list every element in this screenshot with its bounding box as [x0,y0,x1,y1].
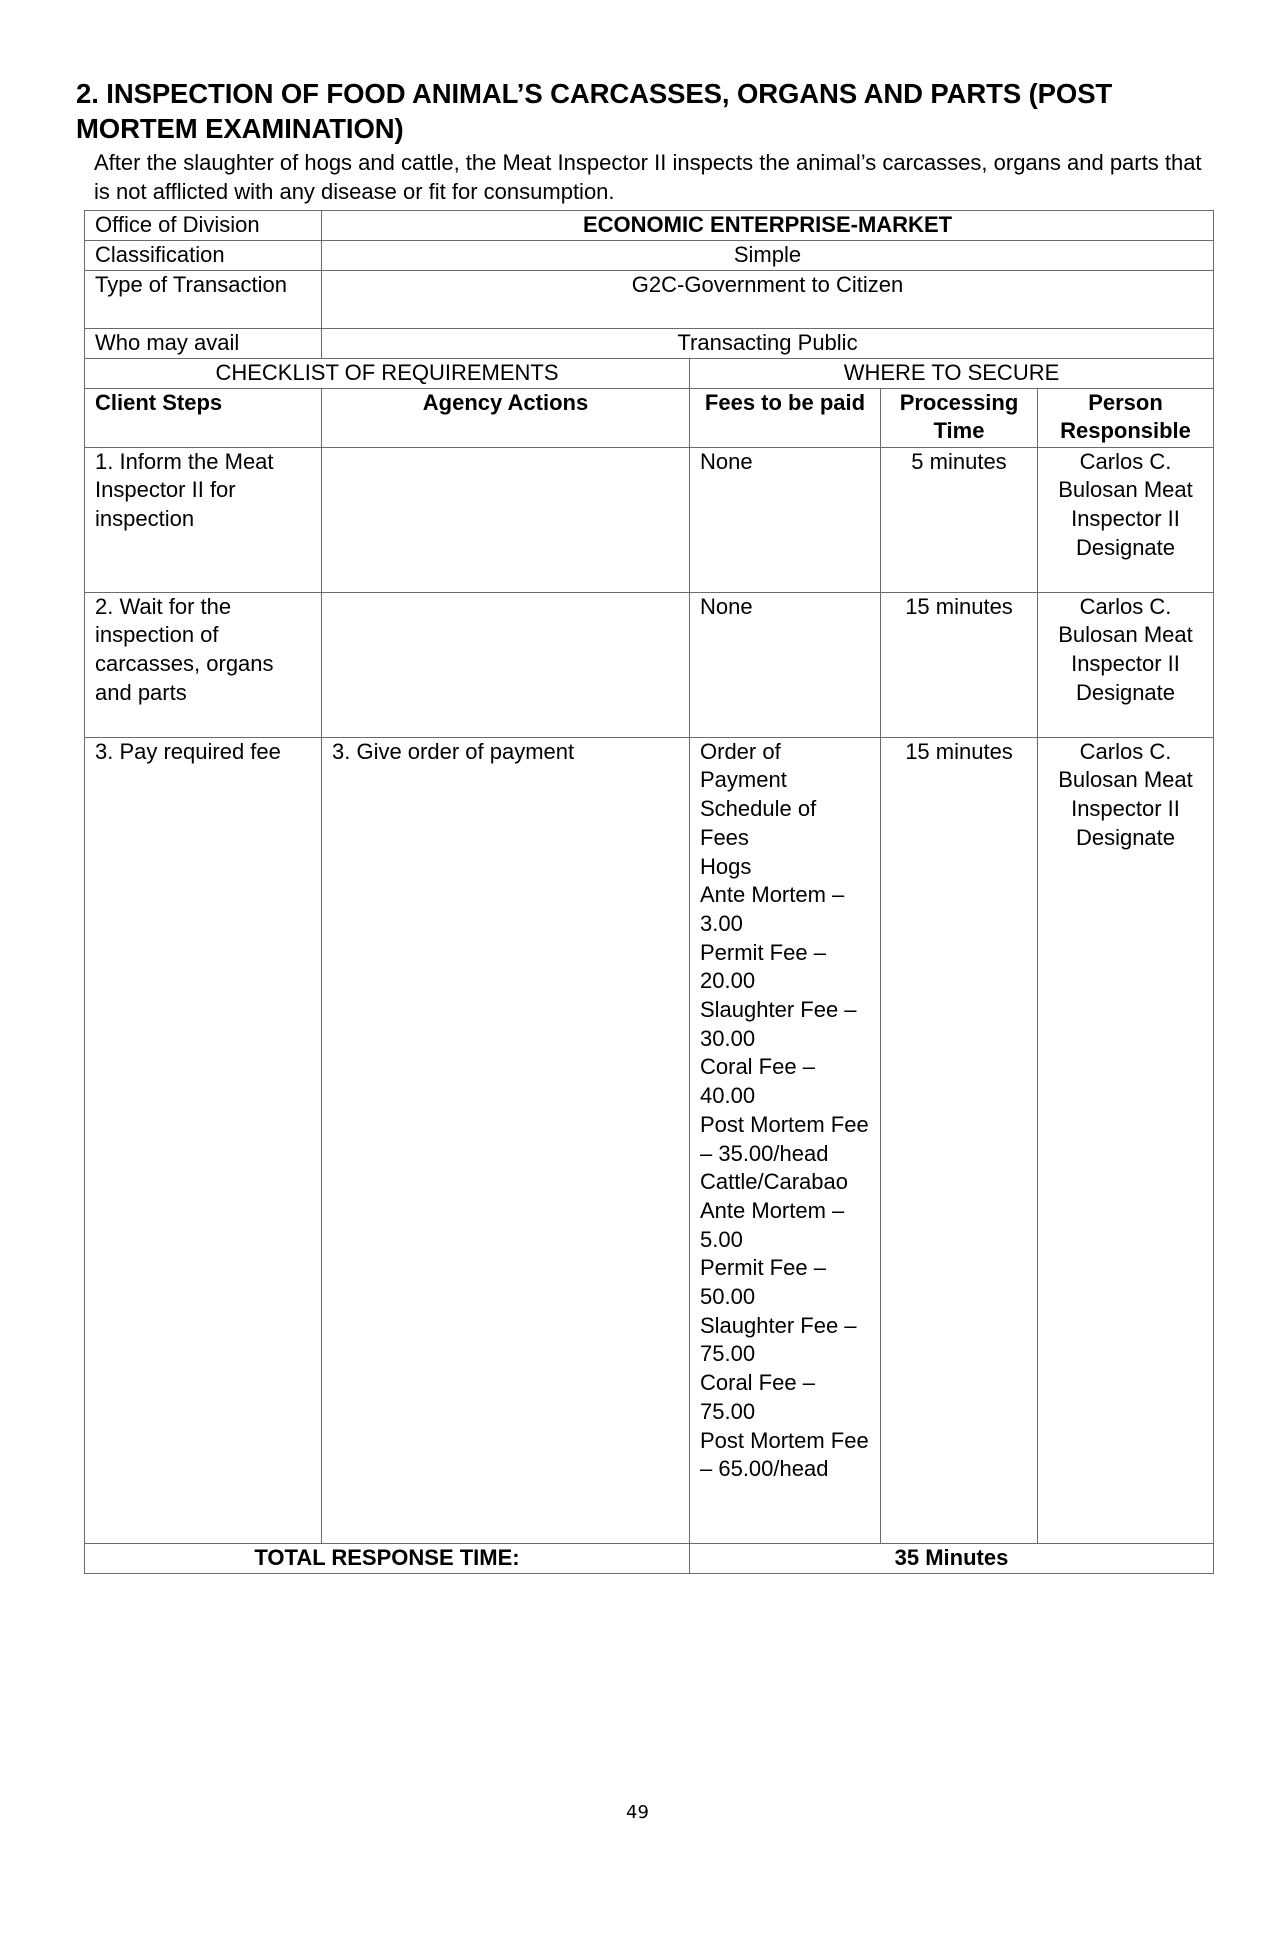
office-label: Office of Division [85,211,322,241]
agency-action [322,447,690,592]
requirements-header-row: CHECKLIST OF REQUIREMENTS WHERE TO SECUR… [85,359,1214,389]
person-responsible: Carlos C. Bulosan Meat Inspector II Desi… [1038,447,1214,592]
total-row: TOTAL RESPONSE TIME: 35 Minutes [85,1543,1214,1573]
classification-value: Simple [322,241,1214,271]
client-steps-header: Client Steps [85,388,322,447]
info-row-type: Type of Transaction G2C-Government to Ci… [85,271,1214,329]
processing-time-header: Processing Time [881,388,1038,447]
table-row: 1. Inform the Meat Inspector II for insp… [85,447,1214,592]
table-row: 2. Wait for the inspection of carcasses,… [85,592,1214,737]
total-label: TOTAL RESPONSE TIME: [85,1543,690,1573]
agency-action [322,592,690,737]
client-step: 2. Wait for the inspection of carcasses,… [85,592,322,737]
fees: None [690,447,881,592]
type-label: Type of Transaction [85,271,322,329]
who-label: Who may avail [85,329,322,359]
checklist-header: CHECKLIST OF REQUIREMENTS [85,359,690,389]
classification-label: Classification [85,241,322,271]
service-table: Office of Division ECONOMIC ENTERPRISE-M… [84,210,1214,1574]
table-row: 3. Pay required fee 3. Give order of pay… [85,737,1214,1543]
info-row-office: Office of Division ECONOMIC ENTERPRISE-M… [85,211,1214,241]
person-responsible: Carlos C. Bulosan Meat Inspector II Desi… [1038,592,1214,737]
total-value: 35 Minutes [690,1543,1214,1573]
where-to-secure-header: WHERE TO SECURE [690,359,1214,389]
info-row-who: Who may avail Transacting Public [85,329,1214,359]
processing-time: 15 minutes [881,737,1038,1543]
agency-actions-header: Agency Actions [322,388,690,447]
agency-action: 3. Give order of payment [322,737,690,1543]
person-responsible-header: Person Responsible [1038,388,1214,447]
section-description: After the slaughter of hogs and cattle, … [94,148,1219,206]
fees-header: Fees to be paid [690,388,881,447]
person-responsible: Carlos C. Bulosan Meat Inspector II Desi… [1038,737,1214,1543]
column-header-row: Client Steps Agency Actions Fees to be p… [85,388,1214,447]
processing-time: 15 minutes [881,592,1038,737]
who-value: Transacting Public [322,329,1214,359]
info-row-classification: Classification Simple [85,241,1214,271]
fees: Order of Payment Schedule of Fees Hogs A… [690,737,881,1543]
office-value: ECONOMIC ENTERPRISE-MARKET [322,211,1214,241]
processing-time: 5 minutes [881,447,1038,592]
type-value: G2C-Government to Citizen [322,271,1214,329]
section-heading: 2. INSPECTION OF FOOD ANIMAL’S CARCASSES… [76,76,1216,146]
client-step: 3. Pay required fee [85,737,322,1543]
fees: None [690,592,881,737]
page-number: 49 [0,1802,1275,1823]
client-step: 1. Inform the Meat Inspector II for insp… [85,447,322,592]
